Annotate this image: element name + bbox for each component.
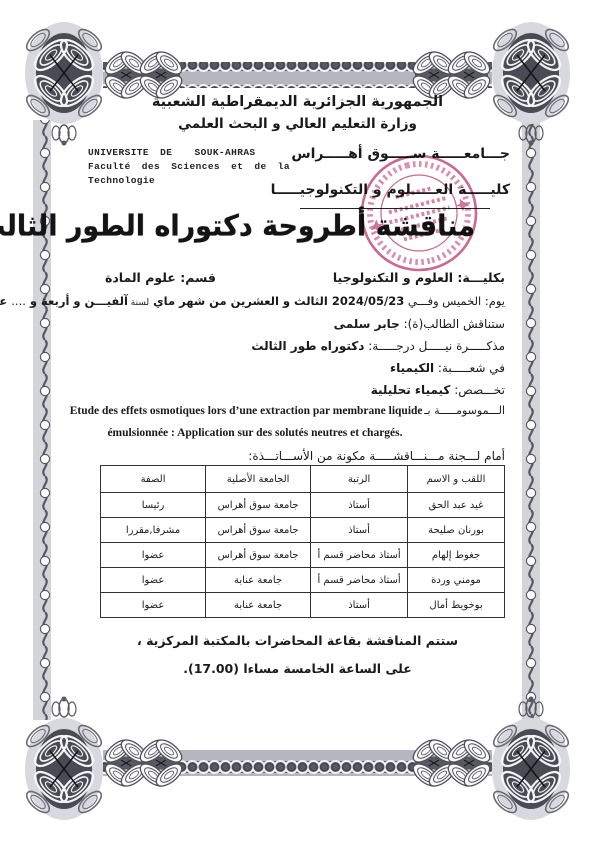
year-end: عشرون — [0, 294, 11, 308]
specialty-line: تخـــصص: كيمياء تحليلية — [105, 383, 505, 397]
jury-name: بوخويط أمال — [408, 593, 505, 618]
entitled-label: الـــموسومـــــة بـ — [424, 404, 505, 417]
student-name: جابر سلمى — [334, 317, 400, 331]
ministry-title: وزارة التعليم العالي و البحث العلمي — [0, 116, 595, 132]
year-text: آلفيـــن و أربعة و — [26, 294, 128, 308]
jury-name: جغوط إلهام — [408, 543, 505, 568]
jury-university: جامعة عنابة — [206, 568, 311, 593]
jury-rank: أستاذ — [311, 593, 408, 618]
jury-rank: أستاذ — [311, 493, 408, 518]
jury-name: بورنان صليحة — [408, 518, 505, 543]
jury-table: اللقب و الاسم الرتبة الجامعة الأصلية الص… — [100, 465, 505, 618]
official-stamp — [356, 150, 482, 276]
jury-name: غيد عبد الحق — [408, 493, 505, 518]
thesis-title-row: الـــموسومـــــة بـ Etude des effets osm… — [68, 404, 505, 417]
specialty-label: تخـــصص: — [450, 383, 505, 397]
jury-university: جامعة سوق أهراس — [206, 493, 311, 518]
col-header-university: الجامعة الأصلية — [206, 466, 311, 493]
university-fr-line2: Faculté des Sciences et de la — [88, 161, 290, 172]
jury-role: رئيسا — [101, 493, 206, 518]
table-row: مومني وردة أستاذ محاضر قسم أ جامعة عنابة… — [101, 568, 505, 593]
date-value: 2024/05/23 الثالث و العشرين من شهر ماي — [149, 294, 404, 308]
country-title: الجمهورية الجزائرية الديمقراطية الشعبية — [0, 94, 595, 110]
table-header-row: اللقب و الاسم الرتبة الجامعة الأصلية الص… — [101, 466, 505, 493]
date-line: يوم: الخميس وفـــي 2024/05/23 الثالث و ا… — [80, 294, 505, 308]
branch-line: في شعـــــبة: الكيمياء — [105, 361, 505, 375]
branch-label: في شعـــــبة: — [434, 361, 505, 375]
table-row: بورنان صليحة أستاذ جامعة سوق أهراس مشرفا… — [101, 518, 505, 543]
time-line: على الساعة الخامسة مساءا (17.00). — [90, 661, 505, 676]
table-row: جغوط إلهام أستاذ محاضر قسم أ جامعة سوق أ… — [101, 543, 505, 568]
university-fr-line1: UNIVERSITE DE SOUK-AHRAS — [88, 147, 256, 158]
stamp-icon — [356, 150, 482, 276]
jury-university: جامعة سوق أهراس — [206, 518, 311, 543]
jury-name: مومني وردة — [408, 568, 505, 593]
branch-value: الكيمياء — [390, 361, 434, 375]
student-label: ستناقش الطالب(ة): — [400, 317, 505, 331]
jury-rank: أستاذ محاضر قسم أ — [311, 543, 408, 568]
memo-line: مذكـــــرة نيـــــل درجـــــة: دكتوراه ط… — [105, 339, 505, 353]
year-dots: .... — [11, 294, 26, 308]
jury-role: عضوا — [101, 568, 206, 593]
col-header-rank: الرتبة — [311, 466, 408, 493]
document-page: الجمهورية الجزائرية الديمقراطية الشعبية … — [0, 0, 595, 842]
committee-line: أمام لـــجنة مـــنـــاقشـــــة مكونة من … — [248, 449, 505, 463]
jury-role: مشرفا,مقررا — [101, 518, 206, 543]
university-fr-line3: Technologie — [88, 175, 155, 186]
col-header-name: اللقب و الاسم — [408, 466, 505, 493]
col-header-role: الصفة — [101, 466, 206, 493]
memo-label: مذكـــــرة نيـــــل درجـــــة: — [364, 339, 505, 353]
date-prefix: يوم: الخميس وفـــي — [404, 294, 505, 308]
thesis-title-fr-line2: émulsionnée : Application sur des soluté… — [70, 427, 440, 439]
university-block-fr: UNIVERSITE DE SOUK-AHRAS Faculté des Sci… — [88, 146, 290, 188]
venue-line: ستتم المناقشة بقاعة المحاضرات بالمكتبة ا… — [90, 633, 505, 648]
jury-role: عضوا — [101, 593, 206, 618]
student-line: ستناقش الطالب(ة): جابر سلمى — [105, 317, 505, 331]
jury-rank: أستاذ محاضر قسم أ — [311, 568, 408, 593]
jury-university: جامعة سوق أهراس — [206, 543, 311, 568]
table-row: بوخويط أمال أستاذ جامعة عنابة عضوا — [101, 593, 505, 618]
memo-value: دكتوراه طور الثالث — [251, 339, 364, 353]
department-line: قسم: علوم المادة — [105, 270, 216, 285]
jury-rank: أستاذ — [311, 518, 408, 543]
specialty-value: كيمياء تحليلية — [371, 383, 451, 397]
year-word: لسنة — [128, 298, 149, 308]
jury-university: جامعة عنابة — [206, 593, 311, 618]
jury-role: عضوا — [101, 543, 206, 568]
thesis-title-fr-line1: Etude des effets osmotiques lors d’une e… — [68, 405, 424, 417]
table-row: غيد عبد الحق أستاذ جامعة سوق أهراس رئيسا — [101, 493, 505, 518]
